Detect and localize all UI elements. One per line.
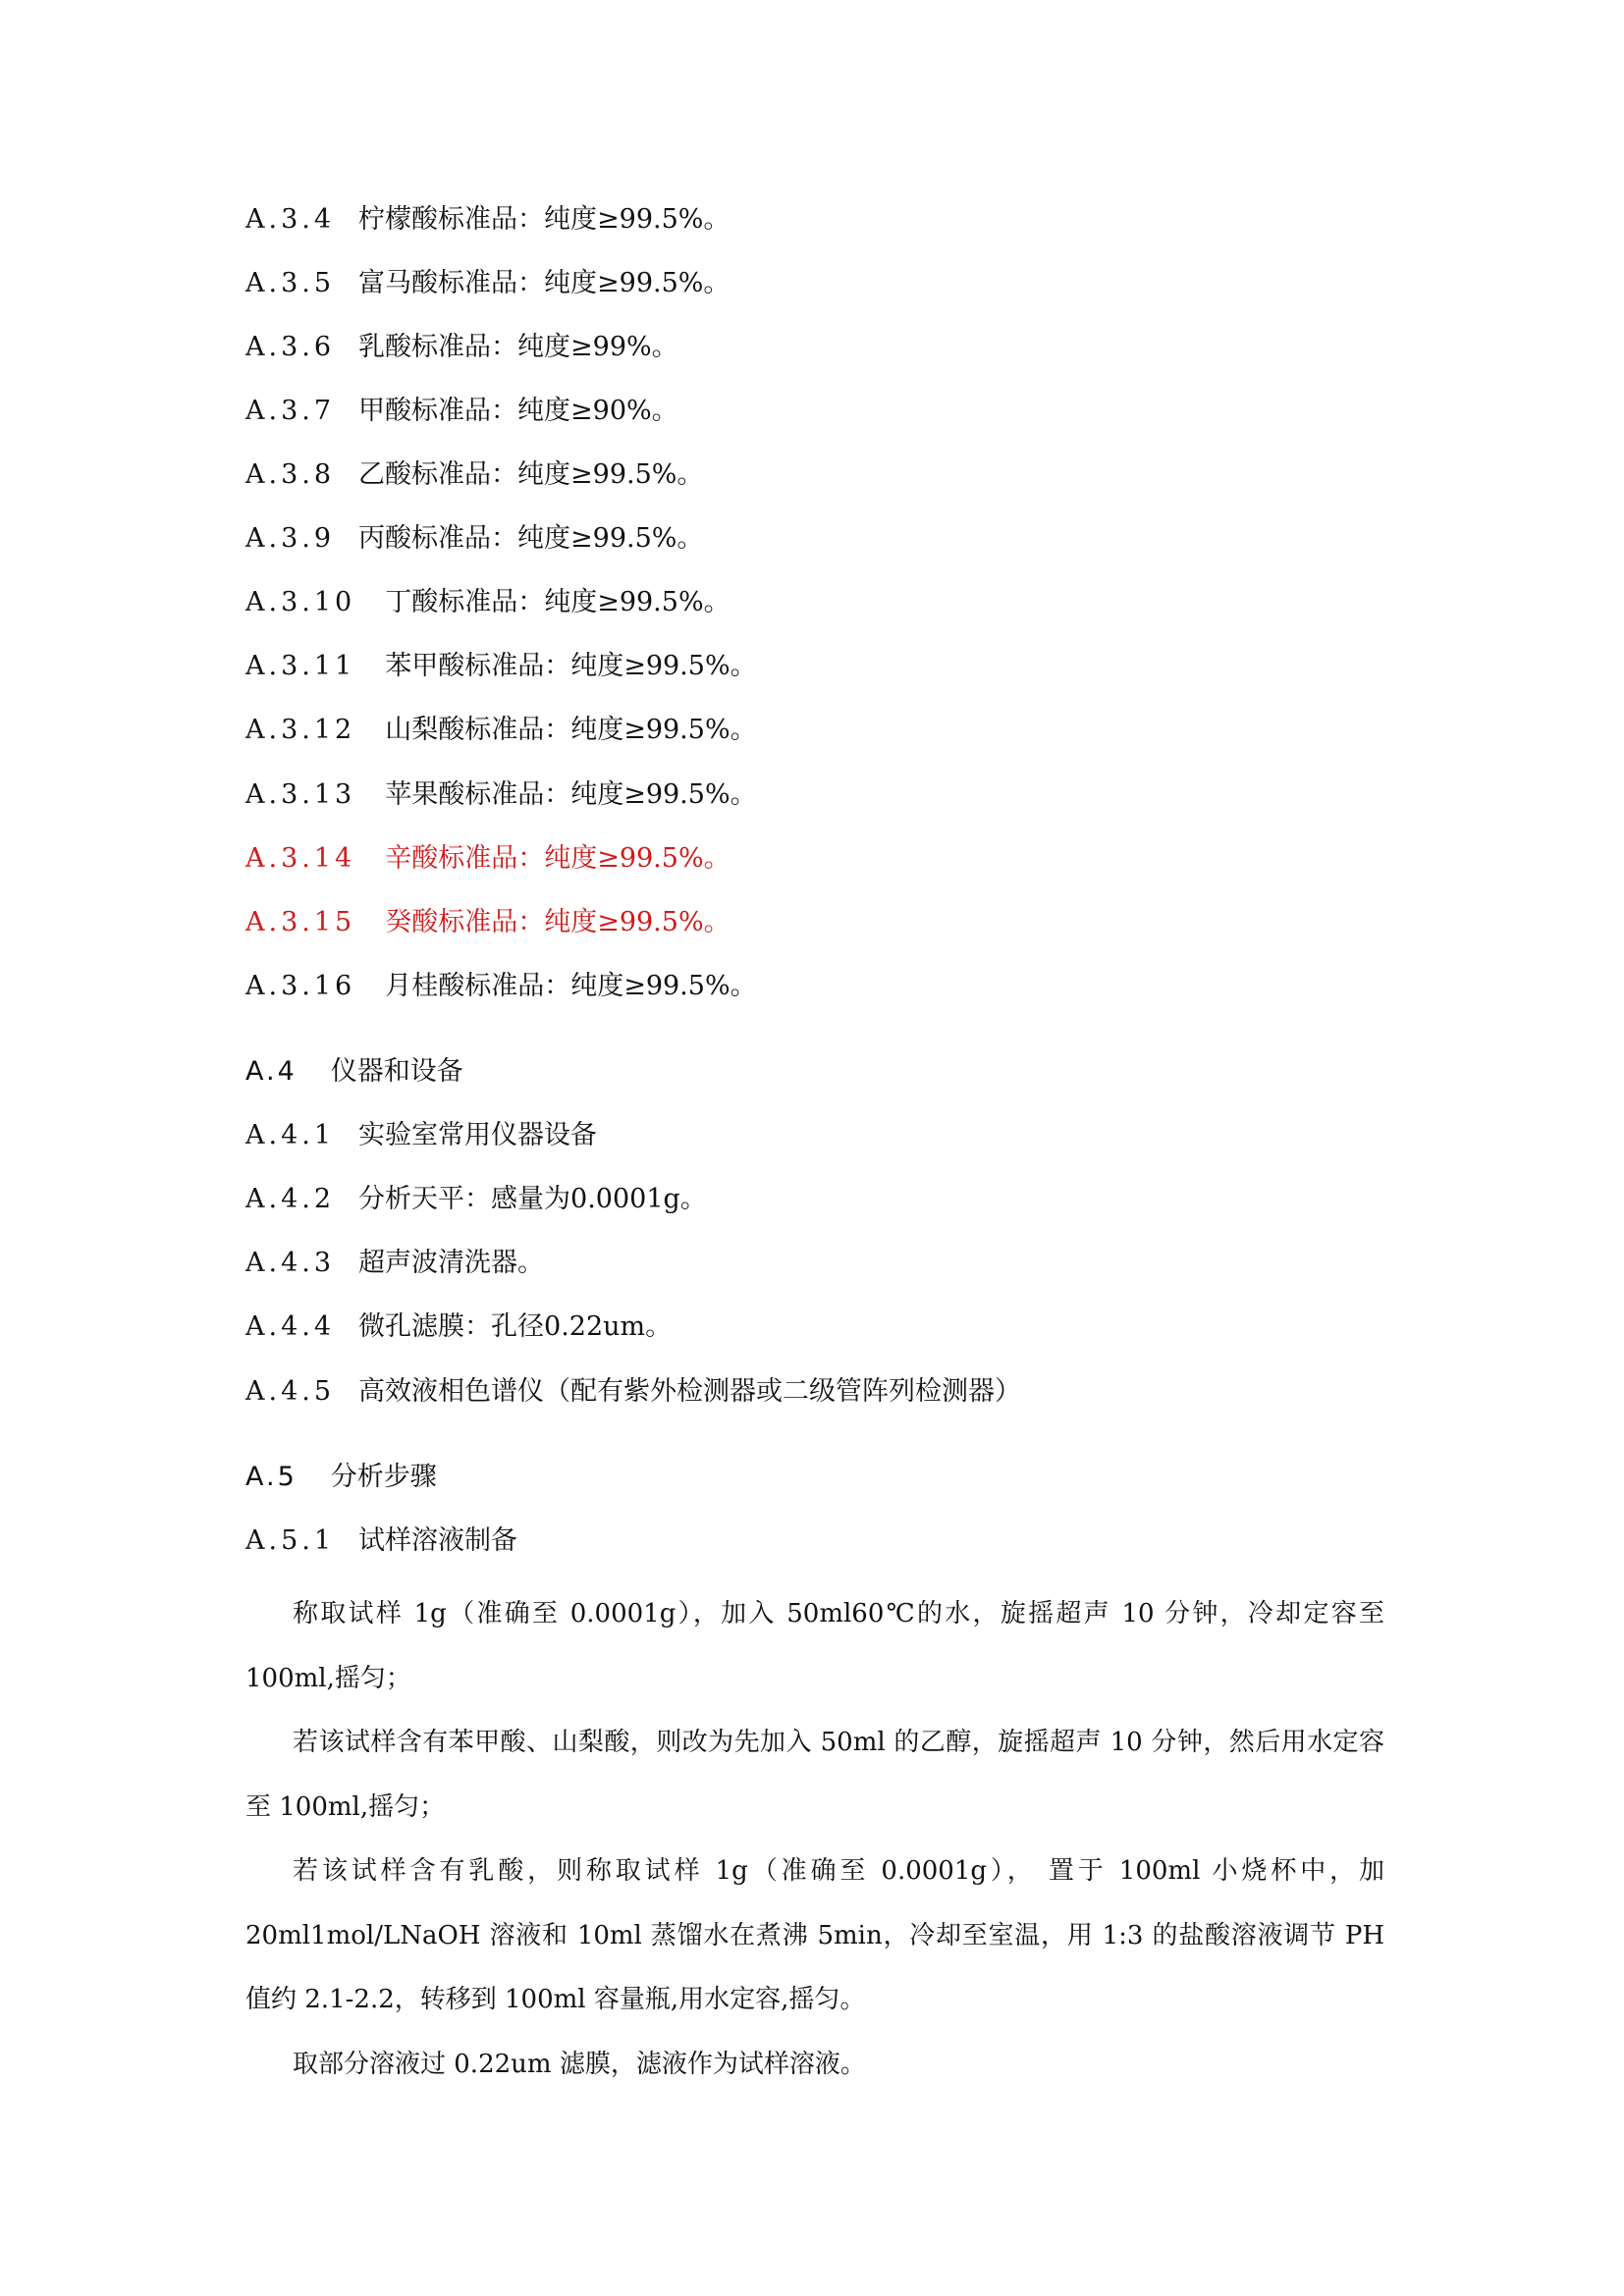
section-heading-a4: A.4仪器和设备 [245, 1054, 463, 1090]
list-item-a3-12: A.3.12山梨酸标准品：纯度≥99.5%。 [245, 713, 757, 748]
heading-title: 仪器和设备 [331, 1056, 463, 1087]
subsection-a5-1: A.5.1试样溶液制备 [245, 1523, 517, 1559]
item-number: A.4.3 [245, 1246, 335, 1281]
paragraph-filtration: 取部分溶液过 0.22um 滤膜，滤液作为试样溶液。 [245, 2033, 1384, 2098]
item-text: 丁酸标准品：纯度≥99.5%。 [385, 587, 730, 617]
item-number: A.3.12 [245, 713, 355, 748]
item-number: A.3.15 [245, 905, 355, 940]
list-item-a3-16: A.3.16月桂酸标准品：纯度≥99.5%。 [245, 969, 757, 1004]
item-text: 苯甲酸标准品：纯度≥99.5%。 [385, 651, 756, 681]
item-number: A.4.2 [245, 1182, 335, 1217]
list-item-a3-14-highlighted: A.3.14辛酸标准品：纯度≥99.5%。 [245, 841, 731, 877]
item-number: A.4.1 [245, 1118, 335, 1153]
list-item-a3-5: A.3.5富马酸标准品：纯度≥99.5%。 [245, 266, 730, 301]
item-text: 癸酸标准品：纯度≥99.5%。 [385, 907, 730, 937]
list-item-a3-9: A.3.9丙酸标准品：纯度≥99.5%。 [245, 521, 703, 557]
list-item-a3-4: A.3.4柠檬酸标准品：纯度≥99.5%。 [245, 202, 730, 238]
paragraph-benzoic-sorbic: 若该试样含有苯甲酸、山梨酸，则改为先加入 50ml 的乙醇，旋摇超声 10 分钟… [245, 1711, 1384, 1840]
heading-number: A.5 [245, 1460, 298, 1495]
item-number: A.3.9 [245, 521, 335, 557]
heading-number: A.4 [245, 1054, 298, 1090]
document-page: A.3.4柠檬酸标准品：纯度≥99.5%。 A.3.5富马酸标准品：纯度≥99.… [0, 0, 1624, 2296]
item-number: A.5.1 [245, 1523, 335, 1559]
item-text: 试样溶液制备 [358, 1525, 517, 1556]
item-number: A.3.16 [245, 969, 355, 1004]
list-item-a3-10: A.3.10丁酸标准品：纯度≥99.5%。 [245, 585, 731, 620]
item-number: A.3.8 [245, 457, 335, 493]
item-text: 月桂酸标准品：纯度≥99.5%。 [385, 971, 756, 1001]
item-number: A.3.6 [245, 330, 335, 365]
item-text: 辛酸标准品：纯度≥99.5%。 [385, 843, 730, 874]
item-text: 甲酸标准品：纯度≥90%。 [358, 396, 678, 426]
paragraph-sample-weighing: 称取试样 1g（准确至 0.0001g），加入 50ml60℃的水，旋摇超声 1… [245, 1582, 1384, 1711]
list-item-a3-7: A.3.7甲酸标准品：纯度≥90%。 [245, 394, 678, 429]
list-item-a4-5: A.4.5高效液相色谱仪（配有紫外检测器或二级管阵列检测器） [245, 1374, 1021, 1410]
list-item-a3-13: A.3.13苹果酸标准品：纯度≥99.5%。 [245, 777, 757, 813]
list-item-a3-11: A.3.11苯甲酸标准品：纯度≥99.5%。 [245, 649, 757, 684]
item-number: A.3.7 [245, 394, 335, 429]
list-item-a4-4: A.4.4微孔滤膜：孔径0.22um。 [245, 1309, 672, 1345]
list-item-a4-3: A.4.3超声波清洗器。 [245, 1246, 544, 1281]
item-text: 实验室常用仪器设备 [358, 1120, 597, 1150]
item-number: A.3.10 [245, 585, 355, 620]
item-number: A.4.4 [245, 1309, 335, 1345]
list-item-a3-6: A.3.6乳酸标准品：纯度≥99%。 [245, 330, 678, 365]
list-item-a4-2: A.4.2分析天平：感量为0.0001g。 [245, 1182, 707, 1217]
list-item-a3-15-highlighted: A.3.15癸酸标准品：纯度≥99.5%。 [245, 905, 731, 940]
item-number: A.4.5 [245, 1374, 335, 1410]
item-text: 柠檬酸标准品：纯度≥99.5%。 [358, 204, 730, 235]
section-heading-a5: A.5分析步骤 [245, 1460, 437, 1495]
item-number: A.3.14 [245, 841, 355, 877]
item-number: A.3.11 [245, 649, 355, 684]
item-number: A.3.4 [245, 202, 335, 238]
item-number: A.3.13 [245, 777, 355, 813]
item-text: 乙酸标准品：纯度≥99.5%。 [358, 459, 703, 490]
paragraph-lactic-acid: 若该试样含有乳酸，则称取试样 1g（准确至 0.0001g）， 置于 100ml… [245, 1840, 1384, 2033]
item-text: 丙酸标准品：纯度≥99.5%。 [358, 523, 703, 554]
item-text: 苹果酸标准品：纯度≥99.5%。 [385, 779, 756, 810]
item-text: 分析天平：感量为0.0001g。 [358, 1184, 707, 1214]
item-text: 超声波清洗器。 [358, 1248, 544, 1278]
item-text: 高效液相色谱仪（配有紫外检测器或二级管阵列检测器） [358, 1376, 1021, 1407]
item-number: A.3.5 [245, 266, 335, 301]
item-text: 微孔滤膜：孔径0.22um。 [358, 1311, 672, 1342]
item-text: 富马酸标准品：纯度≥99.5%。 [358, 268, 730, 298]
list-item-a3-8: A.3.8乙酸标准品：纯度≥99.5%。 [245, 457, 703, 493]
heading-title: 分析步骤 [331, 1462, 437, 1492]
list-item-a4-1: A.4.1实验室常用仪器设备 [245, 1118, 597, 1153]
item-text: 山梨酸标准品：纯度≥99.5%。 [385, 715, 756, 745]
item-text: 乳酸标准品：纯度≥99%。 [358, 332, 678, 362]
